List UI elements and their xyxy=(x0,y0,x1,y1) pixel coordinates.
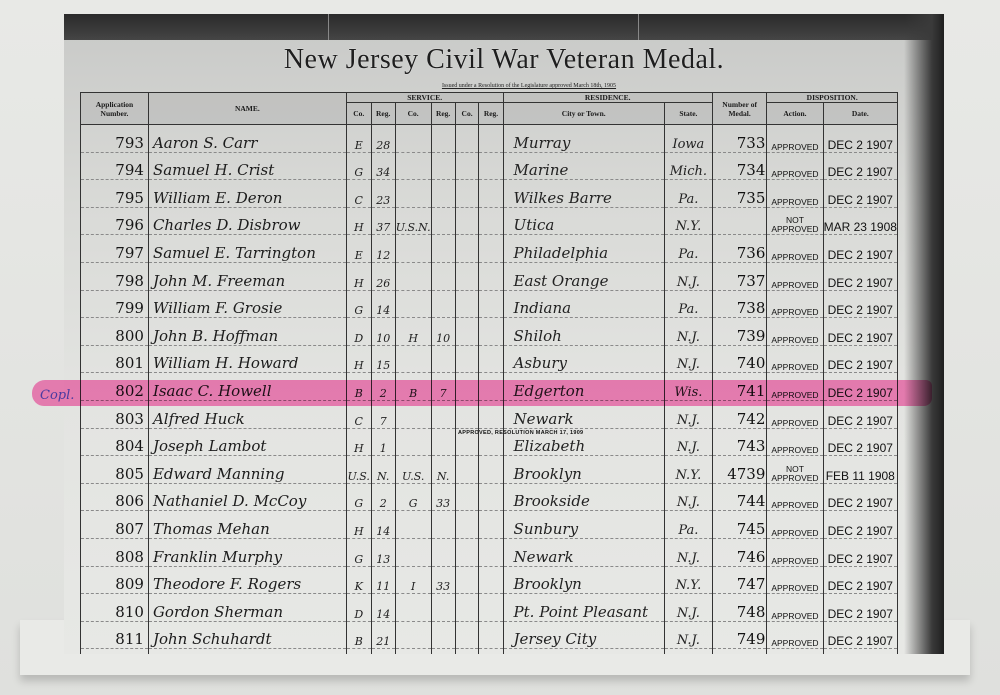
residence-state: N.J. xyxy=(664,594,712,622)
residence-city: Indiana xyxy=(503,290,664,318)
service-co-2 xyxy=(395,428,431,456)
table-row: 811John SchuhardtB21Jersey CityN.J.749AP… xyxy=(81,621,898,649)
service-reg-2 xyxy=(431,235,455,263)
service-reg-2: 33 xyxy=(431,483,455,511)
residence-city: Brookside xyxy=(503,483,664,511)
service-reg-1: N. xyxy=(371,456,395,484)
service-co-3 xyxy=(455,125,479,153)
application-number: 806 xyxy=(81,483,149,511)
application-number: 808 xyxy=(81,538,149,566)
table-row: 796Charles D. DisbrowH37U.S.N.UticaN.Y.N… xyxy=(81,207,898,235)
header-co-2: Co. xyxy=(395,103,431,125)
service-co-3 xyxy=(455,566,479,594)
fold-line xyxy=(638,14,639,40)
disposition-action: NOT APPROVED xyxy=(767,207,823,235)
disposition-action: APPROVED xyxy=(767,483,823,511)
service-co-1: H xyxy=(346,511,371,539)
sheet-edge-shadow xyxy=(904,14,944,654)
header-reg-3: Reg. xyxy=(479,103,503,125)
residence-state: N.Y. xyxy=(664,456,712,484)
service-co-3 xyxy=(455,511,479,539)
service-reg-3 xyxy=(479,180,503,208)
service-reg-3 xyxy=(479,345,503,373)
application-number: 804 xyxy=(81,428,149,456)
application-number xyxy=(81,649,149,654)
application-number: 809 xyxy=(81,566,149,594)
veteran-name: Joseph Lambot xyxy=(148,428,346,456)
service-reg-1: 34 xyxy=(371,152,395,180)
veteran-name: Edward Manning xyxy=(148,456,346,484)
document-title: New Jersey Civil War Veteran Medal. xyxy=(224,44,784,76)
header-medal-number: Number of Medal. xyxy=(712,93,767,125)
application-number: 811 xyxy=(81,621,149,649)
service-reg-3 xyxy=(479,207,503,235)
medal-number: 736 xyxy=(712,235,767,263)
application-number: 801 xyxy=(81,345,149,373)
disposition-action: APPROVED xyxy=(767,649,823,654)
disposition-date: DEC 2 1907 xyxy=(823,511,897,539)
disposition-date: DEC 2 1907 xyxy=(823,290,897,318)
medal-number: 739 xyxy=(712,318,767,346)
service-reg-1: 14 xyxy=(371,290,395,318)
service-reg-1: 21 xyxy=(371,621,395,649)
service-reg-2 xyxy=(431,511,455,539)
service-co-2 xyxy=(395,345,431,373)
header-name: NAME. xyxy=(148,93,346,125)
service-reg-3 xyxy=(479,262,503,290)
table-row: 809Theodore F. RogersK11I33BrooklynN.Y.7… xyxy=(81,566,898,594)
service-reg-2 xyxy=(431,152,455,180)
residence-city: Murray xyxy=(503,125,664,153)
veteran-name: John B. Hoffman xyxy=(148,318,346,346)
residence-state: Pa. xyxy=(664,511,712,539)
service-co-1: H xyxy=(346,207,371,235)
veteran-name: Gordon Sherman xyxy=(148,594,346,622)
service-co-2 xyxy=(395,125,431,153)
service-co-1: C xyxy=(346,180,371,208)
application-number: 793 xyxy=(81,125,149,153)
residence-state: N.J. xyxy=(664,649,712,654)
residence-city: Pt. Point Pleasant xyxy=(503,594,664,622)
disposition-date: DEC 2 1907 xyxy=(823,649,897,654)
service-co-3 xyxy=(455,290,479,318)
medal-number: 745 xyxy=(712,511,767,539)
application-number: 810 xyxy=(81,594,149,622)
service-reg-2 xyxy=(431,180,455,208)
veteran-name: William E. Deron xyxy=(148,180,346,208)
service-co-2: G xyxy=(395,483,431,511)
veteran-name: William H. Howard xyxy=(148,345,346,373)
residence-city: Asbury xyxy=(503,345,664,373)
service-reg-3 xyxy=(479,594,503,622)
medal-number: 735 xyxy=(712,180,767,208)
residence-city: Philadelphia xyxy=(503,235,664,263)
table-row: 799William F. GrosieG14IndianaPa.738APPR… xyxy=(81,290,898,318)
resolution-stamp: APPROVED, RESOLUTION MARCH 17, 1909 xyxy=(458,430,583,436)
service-reg-1: 28 xyxy=(371,125,395,153)
service-reg-1: 26 xyxy=(371,262,395,290)
medal-number: 740 xyxy=(712,345,767,373)
veteran-name: Samuel H. Crist xyxy=(148,152,346,180)
disposition-action: APPROVED xyxy=(767,594,823,622)
disposition-date: MAR 23 1908 xyxy=(823,207,897,235)
medal-number: 737 xyxy=(712,262,767,290)
service-co-3 xyxy=(455,345,479,373)
service-reg-3 xyxy=(479,152,503,180)
service-co-2 xyxy=(395,594,431,622)
service-reg-2 xyxy=(431,538,455,566)
disposition-date: DEC 2 1907 xyxy=(823,621,897,649)
service-co-1: E xyxy=(346,235,371,263)
disposition-date: DEC 2 1907 xyxy=(823,235,897,263)
table-row: 28OceanN.J.750APPROVEDDEC 2 1907 xyxy=(81,649,898,654)
disposition-date: DEC 2 1907 xyxy=(823,483,897,511)
service-co-2 xyxy=(395,262,431,290)
residence-city: Jersey City xyxy=(503,621,664,649)
service-reg-3 xyxy=(479,456,503,484)
medal-number: 747 xyxy=(712,566,767,594)
disposition-date: DEC 2 1907 xyxy=(823,262,897,290)
table-row: 806Nathaniel D. McCoyG2G33BrooksideN.J.7… xyxy=(81,483,898,511)
residence-state: N.J. xyxy=(664,538,712,566)
disposition-date: DEC 2 1907 xyxy=(823,538,897,566)
service-co-1: H xyxy=(346,262,371,290)
service-co-3 xyxy=(455,483,479,511)
residence-state: Pa. xyxy=(664,180,712,208)
service-co-3 xyxy=(455,456,479,484)
table-row: 808Franklin MurphyG13NewarkN.J.746APPROV… xyxy=(81,538,898,566)
table-row: 801William H. HowardH15AsburyN.J.740APPR… xyxy=(81,345,898,373)
table-row: 810Gordon ShermanD14Pt. Point PleasantN.… xyxy=(81,594,898,622)
document-subtitle: Issued under a Resolution of the Legisla… xyxy=(364,83,694,89)
veteran-name: Franklin Murphy xyxy=(148,538,346,566)
service-reg-1: 23 xyxy=(371,180,395,208)
application-number: 798 xyxy=(81,262,149,290)
service-co-2 xyxy=(395,290,431,318)
residence-state: Iowa xyxy=(664,125,712,153)
disposition-action: APPROVED xyxy=(767,180,823,208)
disposition-action: APPROVED xyxy=(767,318,823,346)
service-reg-3 xyxy=(479,538,503,566)
service-co-1: G xyxy=(346,290,371,318)
residence-city: East Orange xyxy=(503,262,664,290)
disposition-date: DEC 2 1907 xyxy=(823,594,897,622)
service-reg-2 xyxy=(431,207,455,235)
service-reg-2: 10 xyxy=(431,318,455,346)
service-reg-3 xyxy=(479,621,503,649)
header-co-1: Co. xyxy=(346,103,371,125)
header-state: State. xyxy=(664,103,712,125)
service-co-3 xyxy=(455,152,479,180)
veteran-name: John Schuhardt xyxy=(148,621,346,649)
header-action: Action. xyxy=(767,103,823,125)
disposition-action: APPROVED xyxy=(767,566,823,594)
disposition-date: DEC 2 1907 xyxy=(823,318,897,346)
service-co-3 xyxy=(455,621,479,649)
disposition-action: APPROVED xyxy=(767,152,823,180)
header-residence: RESIDENCE. xyxy=(503,93,712,103)
table-row: 794Samuel H. CristG34MarineMich.734APPRO… xyxy=(81,152,898,180)
disposition-action: APPROVED xyxy=(767,511,823,539)
service-reg-1: 37 xyxy=(371,207,395,235)
application-number: 794 xyxy=(81,152,149,180)
service-reg-2 xyxy=(431,125,455,153)
service-reg-3 xyxy=(479,290,503,318)
service-reg-2 xyxy=(431,649,455,654)
service-reg-3 xyxy=(479,566,503,594)
service-reg-2 xyxy=(431,262,455,290)
header-date: Date. xyxy=(823,103,897,125)
service-co-1: D xyxy=(346,594,371,622)
service-reg-1: 1 xyxy=(371,428,395,456)
medal-ledger-table: Application Number. NAME. SERVICE. RESID… xyxy=(80,92,898,654)
service-reg-1: 10 xyxy=(371,318,395,346)
veteran-name: Nathaniel D. McCoy xyxy=(148,483,346,511)
table-row: 798John M. FreemanH26East OrangeN.J.737A… xyxy=(81,262,898,290)
disposition-action: APPROVED xyxy=(767,538,823,566)
header-co-3: Co. xyxy=(455,103,479,125)
application-number: 797 xyxy=(81,235,149,263)
residence-state: N.Y. xyxy=(664,566,712,594)
service-co-3 xyxy=(455,318,479,346)
medal-number: 746 xyxy=(712,538,767,566)
service-reg-2 xyxy=(431,345,455,373)
service-reg-1: 13 xyxy=(371,538,395,566)
margin-annotation: Copl. xyxy=(40,388,74,403)
disposition-date: FEB 11 1908 xyxy=(823,456,897,484)
service-co-2 xyxy=(395,180,431,208)
table-row: 800John B. HoffmanD10H10ShilohN.J.739APP… xyxy=(81,318,898,346)
residence-state: N.J. xyxy=(664,621,712,649)
application-number: 805 xyxy=(81,456,149,484)
table-row: 805Edward ManningU.S.N.U.S.N.BrooklynN.Y… xyxy=(81,456,898,484)
service-co-1: B xyxy=(346,621,371,649)
disposition-action: APPROVED xyxy=(767,235,823,263)
table-row: 797Samuel E. TarringtonE12PhiladelphiaPa… xyxy=(81,235,898,263)
service-reg-2 xyxy=(431,594,455,622)
veteran-name: Thomas Mehan xyxy=(148,511,346,539)
service-co-1: U.S. xyxy=(346,456,371,484)
residence-state: Pa. xyxy=(664,235,712,263)
service-reg-3 xyxy=(479,125,503,153)
disposition-date: DEC 2 1907 xyxy=(823,125,897,153)
service-reg-3 xyxy=(479,649,503,654)
veteran-name: William F. Grosie xyxy=(148,290,346,318)
veteran-name: Samuel E. Tarrington xyxy=(148,235,346,263)
service-co-3 xyxy=(455,538,479,566)
table-row: 793Aaron S. CarrE28MurrayIowa733APPROVED… xyxy=(81,125,898,153)
header-reg-2: Reg. xyxy=(431,103,455,125)
service-co-2: U.S.N. xyxy=(395,207,431,235)
service-co-1: G xyxy=(346,538,371,566)
fold-line xyxy=(328,14,329,40)
service-reg-1: 14 xyxy=(371,594,395,622)
residence-city: Newark xyxy=(503,538,664,566)
service-co-1: E xyxy=(346,125,371,153)
medal-number: 743 xyxy=(712,428,767,456)
disposition-action: APPROVED xyxy=(767,262,823,290)
disposition-date: DEC 2 1907 xyxy=(823,428,897,456)
application-number: 807 xyxy=(81,511,149,539)
service-reg-2 xyxy=(431,290,455,318)
disposition-action: APPROVED xyxy=(767,290,823,318)
table-row: 807Thomas MehanH14SunburyPa.745APPROVEDD… xyxy=(81,511,898,539)
residence-city: Sunbury xyxy=(503,511,664,539)
service-reg-1: 11 xyxy=(371,566,395,594)
service-reg-3 xyxy=(479,318,503,346)
disposition-date: DEC 2 1907 xyxy=(823,152,897,180)
service-reg-1: 14 xyxy=(371,511,395,539)
service-reg-3 xyxy=(479,235,503,263)
header-city: City or Town. xyxy=(503,103,664,125)
service-co-3 xyxy=(455,262,479,290)
service-co-3 xyxy=(455,207,479,235)
disposition-action: APPROVED xyxy=(767,345,823,373)
service-reg-1: 12 xyxy=(371,235,395,263)
service-co-3 xyxy=(455,235,479,263)
service-co-1: H xyxy=(346,428,371,456)
service-reg-1: 28 xyxy=(371,649,395,654)
header-reg-1: Reg. xyxy=(371,103,395,125)
medal-number: 744 xyxy=(712,483,767,511)
header-service: SERVICE. xyxy=(346,93,503,103)
residence-city: Wilkes Barre xyxy=(503,180,664,208)
veteran-name: John M. Freeman xyxy=(148,262,346,290)
disposition-action: APPROVED xyxy=(767,428,823,456)
medal-number: 4739 xyxy=(712,456,767,484)
service-co-2: I xyxy=(395,566,431,594)
medal-number xyxy=(712,207,767,235)
disposition-action: APPROVED xyxy=(767,621,823,649)
service-co-1: G xyxy=(346,483,371,511)
medal-number: 750 xyxy=(712,649,767,654)
veteran-name: Theodore F. Rogers xyxy=(148,566,346,594)
service-co-2 xyxy=(395,235,431,263)
residence-state: N.J. xyxy=(664,262,712,290)
application-number: 799 xyxy=(81,290,149,318)
veteran-name: Aaron S. Carr xyxy=(148,125,346,153)
ledger-sheet: New Jersey Civil War Veteran Medal. Issu… xyxy=(64,14,944,654)
service-co-3 xyxy=(455,594,479,622)
service-co-2 xyxy=(395,621,431,649)
service-co-2 xyxy=(395,538,431,566)
residence-state: Pa. xyxy=(664,290,712,318)
service-co-1: G xyxy=(346,152,371,180)
table-row: 795William E. DeronC23Wilkes BarrePa.735… xyxy=(81,180,898,208)
residence-state: N.Y. xyxy=(664,207,712,235)
service-co-1 xyxy=(346,649,371,654)
service-reg-2: 33 xyxy=(431,566,455,594)
medal-number: 748 xyxy=(712,594,767,622)
service-co-3 xyxy=(455,180,479,208)
application-number: 795 xyxy=(81,180,149,208)
service-co-2: H xyxy=(395,318,431,346)
residence-city: Utica xyxy=(503,207,664,235)
residence-city: Brooklyn xyxy=(503,566,664,594)
residence-state: N.J. xyxy=(664,428,712,456)
service-reg-1: 15 xyxy=(371,345,395,373)
medal-number: 733 xyxy=(712,125,767,153)
service-co-3 xyxy=(455,649,479,654)
medal-number: 734 xyxy=(712,152,767,180)
disposition-action: NOT APPROVED xyxy=(767,456,823,484)
service-reg-1: 2 xyxy=(371,483,395,511)
medal-number: 749 xyxy=(712,621,767,649)
veteran-name: Charles D. Disbrow xyxy=(148,207,346,235)
residence-state: N.J. xyxy=(664,345,712,373)
service-reg-3 xyxy=(479,511,503,539)
sheet-top-dark-band xyxy=(64,14,944,40)
service-reg-3 xyxy=(479,483,503,511)
service-co-1: H xyxy=(346,345,371,373)
medal-number: 738 xyxy=(712,290,767,318)
service-co-2: U.S. xyxy=(395,456,431,484)
service-reg-2 xyxy=(431,428,455,456)
residence-city: Shiloh xyxy=(503,318,664,346)
veteran-name xyxy=(148,649,346,654)
application-number: 796 xyxy=(81,207,149,235)
residence-city: Marine xyxy=(503,152,664,180)
residence-state: N.J. xyxy=(664,483,712,511)
residence-state: N.J. xyxy=(664,318,712,346)
residence-state: Mich. xyxy=(664,152,712,180)
header-application-number: Application Number. xyxy=(81,93,149,125)
service-co-1: D xyxy=(346,318,371,346)
residence-city: Ocean xyxy=(503,649,664,654)
disposition-date: DEC 2 1907 xyxy=(823,566,897,594)
service-co-2 xyxy=(395,152,431,180)
header-disposition: DISPOSITION. xyxy=(767,93,898,103)
service-reg-2: N. xyxy=(431,456,455,484)
service-co-2 xyxy=(395,649,431,654)
service-co-1: K xyxy=(346,566,371,594)
service-co-2 xyxy=(395,511,431,539)
disposition-date: DEC 2 1907 xyxy=(823,180,897,208)
disposition-action: APPROVED xyxy=(767,125,823,153)
disposition-date: DEC 2 1907 xyxy=(823,345,897,373)
service-reg-2 xyxy=(431,621,455,649)
pink-highlighter-mark xyxy=(32,380,932,406)
application-number: 800 xyxy=(81,318,149,346)
residence-city: Brooklyn xyxy=(503,456,664,484)
